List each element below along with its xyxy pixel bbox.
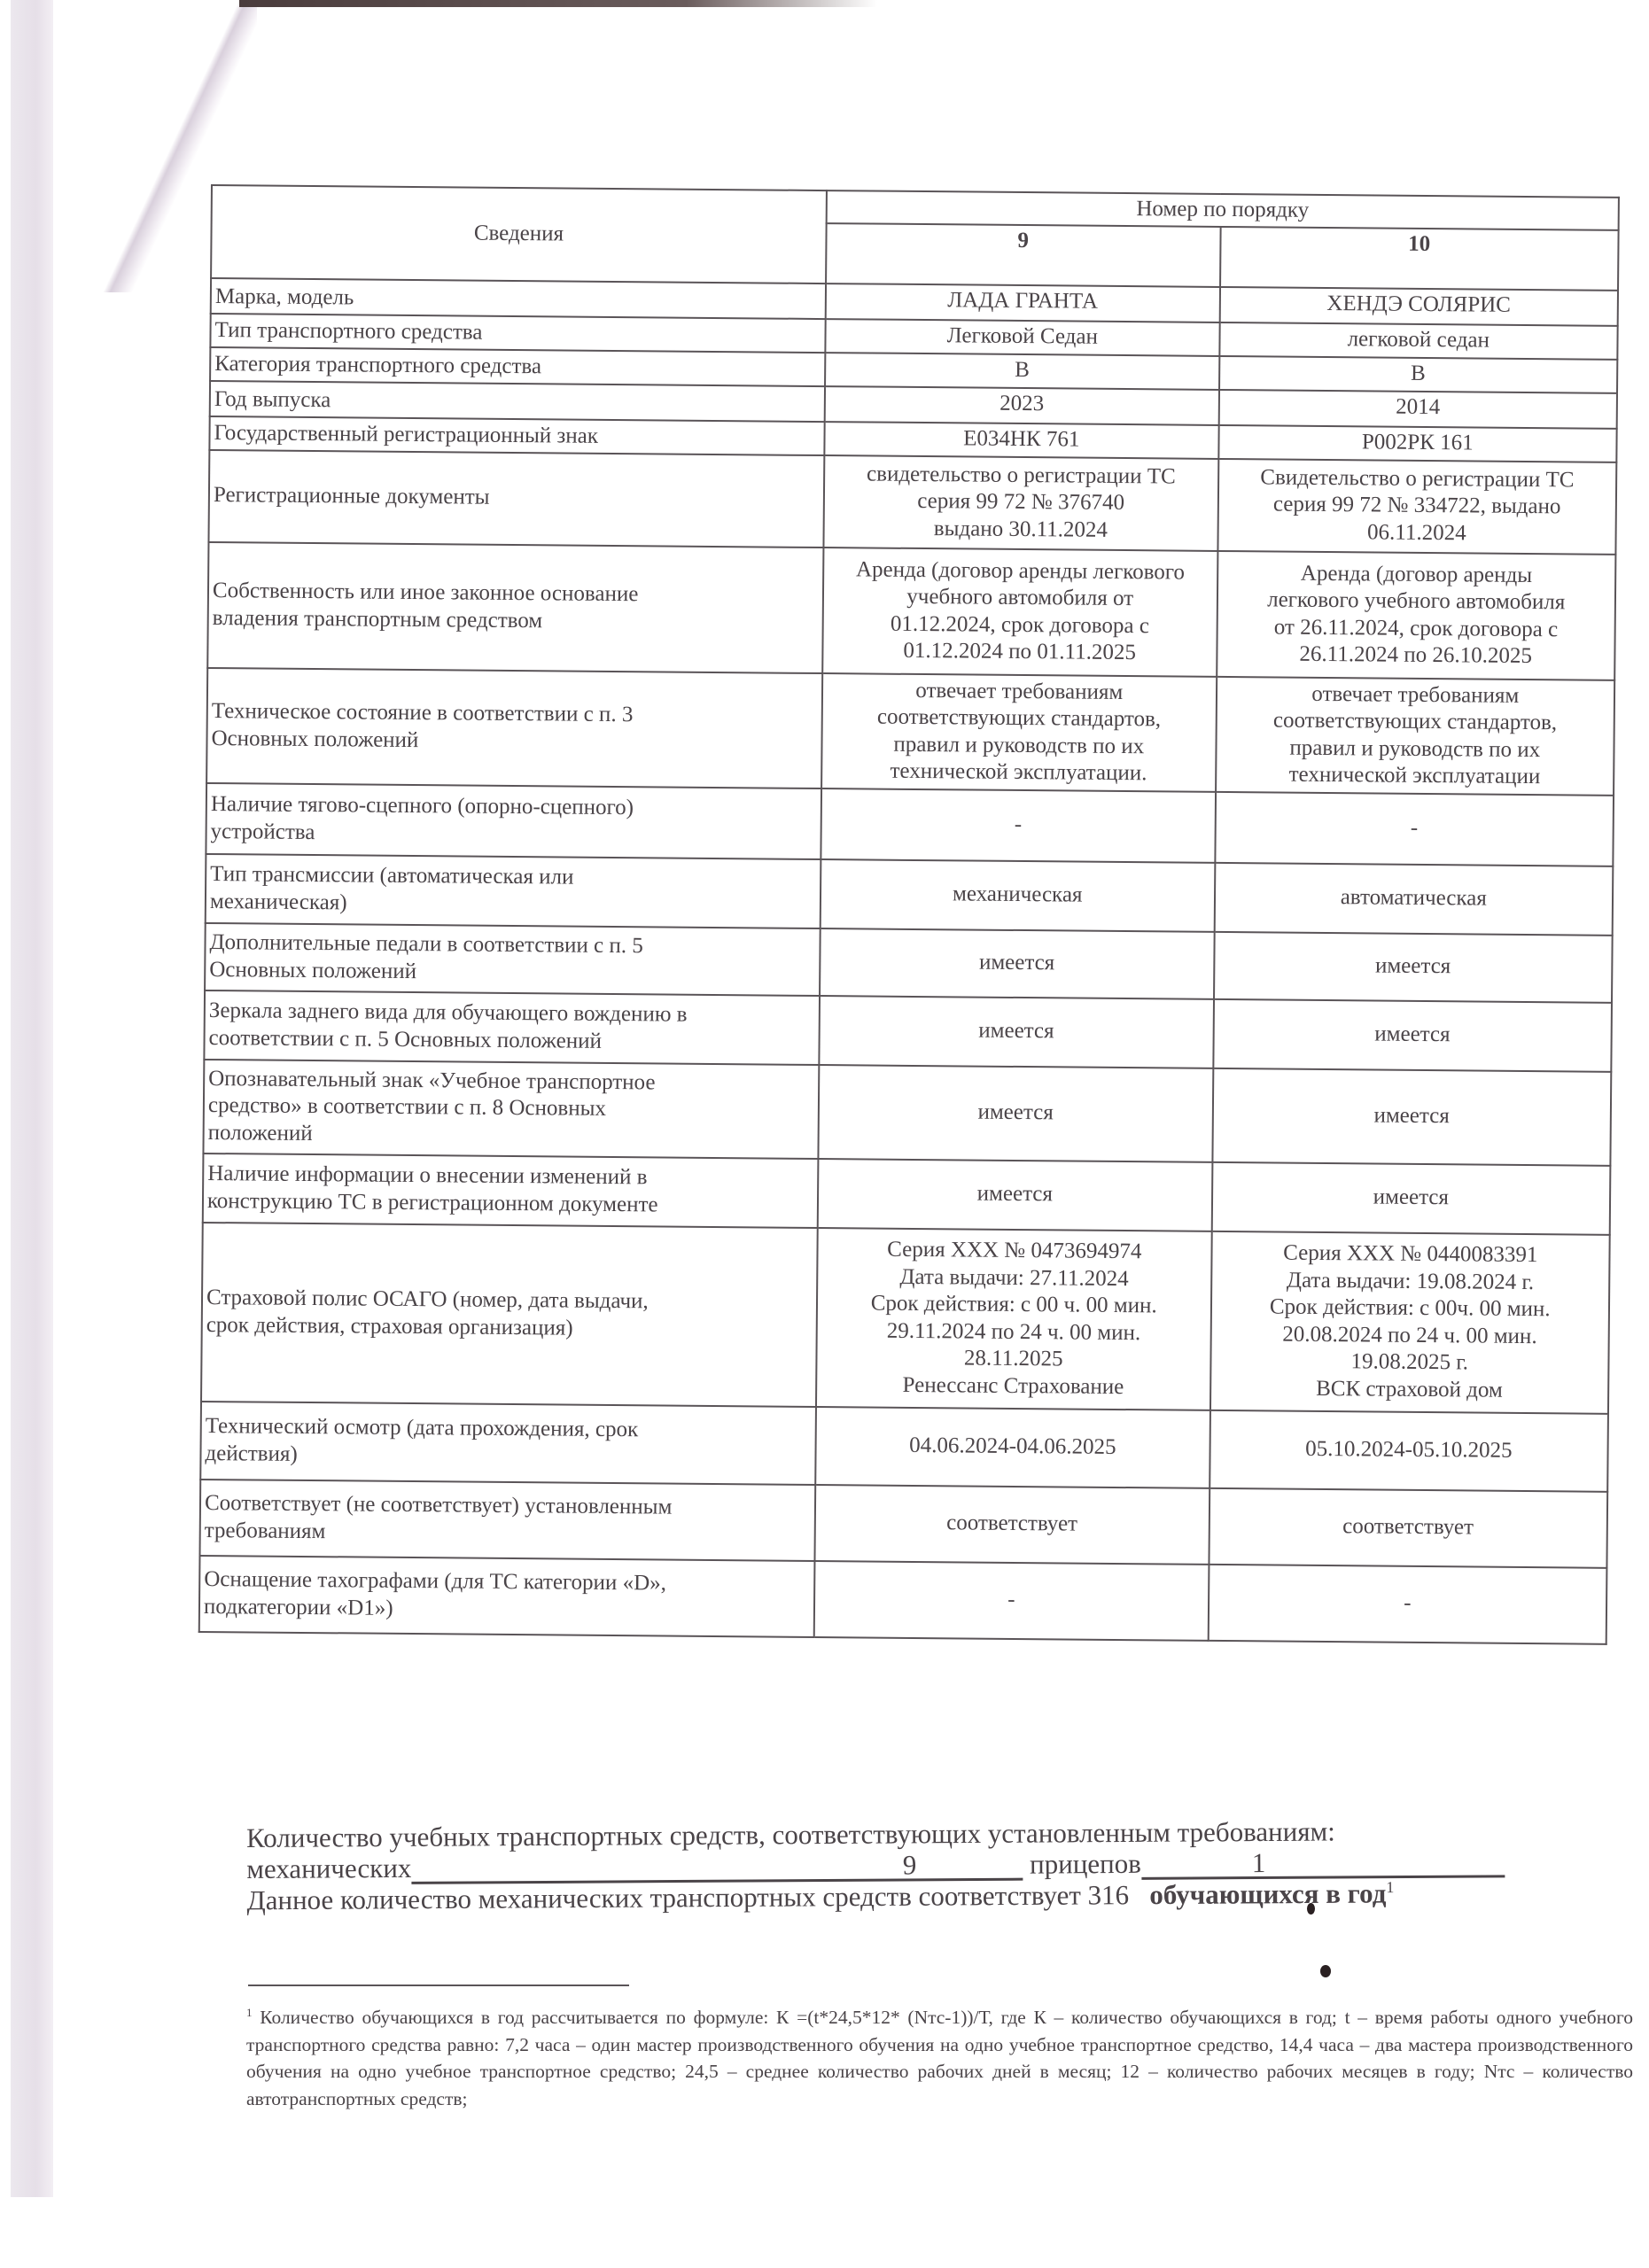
mech-count-field: 9 xyxy=(411,1850,1023,1884)
table-row: Тип трансмиссии (автоматическая или меха… xyxy=(206,853,1614,935)
row-label: Марка, модель xyxy=(211,278,826,319)
vehicle-9-value: Легковой Седан xyxy=(825,319,1219,356)
vehicle-9-value: механическая xyxy=(821,859,1215,932)
table-row: Дополнительные педали в соответствии с п… xyxy=(205,922,1613,1002)
row-label: Опознавательный знак «Учебное транспортн… xyxy=(203,1059,819,1158)
vehicle-10-value: В xyxy=(1219,355,1618,392)
vehicle-10-value: 05.10.2024-05.10.2025 xyxy=(1210,1410,1608,1491)
vehicle-10-value: имеется xyxy=(1213,998,1612,1071)
table-row: Страховой полис ОСАГО (номер, дата выдач… xyxy=(201,1222,1610,1413)
row-label: Дополнительные педали в соответствии с п… xyxy=(205,922,821,995)
vehicle-10-value: Р002РК 161 xyxy=(1218,424,1617,462)
vehicle-10-value: имеется xyxy=(1211,1161,1610,1234)
vehicle-9-value: 04.06.2024-04.06.2025 xyxy=(815,1407,1210,1488)
vehicle-10-value: автоматическая xyxy=(1214,862,1613,935)
row-label: Соответствует (не соответствует) установ… xyxy=(199,1479,815,1560)
ink-speck xyxy=(1307,1903,1315,1915)
vehicle-9-value: имеется xyxy=(819,996,1213,1068)
vehicle-9-value: - xyxy=(814,1561,1209,1641)
document-page: Сведения Номер по порядку 9 10 Марка, мо… xyxy=(198,184,1620,1644)
table-row: Собственность или иное законное основани… xyxy=(207,541,1615,680)
ink-speck xyxy=(1320,1965,1331,1977)
vehicle-10-value: легковой седан xyxy=(1219,322,1618,359)
trailers-count-field: 1 xyxy=(1141,1847,1505,1880)
students-prefix: Данное количество механических транспорт… xyxy=(246,1879,1129,1915)
footnote: 1 Количество обучающихся в год рассчитыв… xyxy=(246,2004,1633,2113)
footnote-mark: 1 xyxy=(246,2006,253,2019)
table-row: Техническое состояние в соответствии с п… xyxy=(206,667,1614,795)
footnote-text: Количество обучающихся в год рассчитывае… xyxy=(246,2007,1633,2109)
row-label: Оснащение тахографами (для ТС категории … xyxy=(199,1555,815,1636)
vehicle-10-value: - xyxy=(1215,791,1614,866)
vehicle-9-value: отвечает требованиям соответствующих ста… xyxy=(821,673,1217,792)
vehicle-10-value: 2014 xyxy=(1218,389,1617,428)
header-number-9: 9 xyxy=(826,223,1220,287)
footnote-divider xyxy=(248,1984,629,1986)
vehicle-10-value: имеется xyxy=(1214,931,1613,1002)
row-label: Категория транспортного средства xyxy=(210,347,825,386)
row-label: Регистрационные документы xyxy=(208,449,824,547)
vehicle-9-value: свидетельство о регистрации ТС серия 99 … xyxy=(823,455,1218,551)
vehicle-10-value: соответствует xyxy=(1209,1487,1607,1567)
vehicle-9-value: - xyxy=(821,788,1215,863)
row-label: Страховой полис ОСАГО (номер, дата выдач… xyxy=(201,1222,818,1406)
vehicle-9-value: соответствует xyxy=(814,1485,1209,1565)
scan-margin-blank xyxy=(11,2197,53,2268)
table-row: Технический осмотр (дата прохождения, ср… xyxy=(200,1401,1608,1491)
footnote-ref: 1 xyxy=(1386,1878,1394,1896)
scan-margin-strip xyxy=(11,0,53,2197)
vehicle-10-value: Серия ХХХ № 0440083391 Дата выдачи: 19.0… xyxy=(1210,1231,1610,1413)
header-number-10: 10 xyxy=(1220,226,1619,290)
row-label: Тип трансмиссии (автоматическая или меха… xyxy=(206,853,821,928)
vehicle-9-value: имеется xyxy=(818,1159,1212,1231)
row-label: Государственный регистрационный знак xyxy=(209,416,824,454)
vehicle-10-value: ХЕНДЭ СОЛЯРИС xyxy=(1219,286,1618,325)
table-row: Опознавательный знак «Учебное транспортн… xyxy=(203,1059,1611,1165)
table-row: Зеркала заднего вида для обучающего вожд… xyxy=(204,990,1612,1071)
table-row: Регистрационные документысвидетельство о… xyxy=(208,449,1616,554)
table-row: Оснащение тахографами (для ТС категории … xyxy=(199,1555,1607,1643)
vehicle-9-value: имеется xyxy=(820,928,1214,999)
vehicle-info-table: Сведения Номер по порядку 9 10 Марка, мо… xyxy=(198,184,1620,1644)
row-label: Зеркала заднего вида для обучающего вожд… xyxy=(204,990,820,1064)
row-label: Наличие тягово-сцепного (опорно-сцепного… xyxy=(206,782,821,858)
row-label: Тип транспортного средства xyxy=(210,314,825,353)
vehicle-9-value: Аренда (договор аренды легкового учебног… xyxy=(822,548,1217,677)
vehicle-9-value: Серия ХХХ № 0473694974 Дата выдачи: 27.1… xyxy=(816,1228,1211,1410)
vehicle-10-value: - xyxy=(1208,1564,1606,1643)
row-label: Собственность или иное законное основани… xyxy=(207,541,823,672)
vehicle-9-value: 2023 xyxy=(825,386,1219,425)
vehicle-10-value: Аренда (договор аренды легкового учебног… xyxy=(1217,550,1616,680)
vehicle-9-value: Е034НК 761 xyxy=(824,422,1218,459)
scan-top-shadow xyxy=(239,0,877,7)
vehicle-10-value: имеется xyxy=(1212,1068,1611,1165)
vehicle-10-value: отвечает требованиям соответствующих ста… xyxy=(1216,676,1615,795)
row-label: Технический осмотр (дата прохождения, ср… xyxy=(200,1401,816,1484)
table-row: Наличие информации о внесении изменений … xyxy=(203,1153,1611,1234)
mech-label: механических xyxy=(246,1852,411,1884)
table-row: Соответствует (не соответствует) установ… xyxy=(199,1479,1607,1567)
summary-line-3: Данное количество механических транспорт… xyxy=(246,1876,1646,1916)
table-row: Наличие тягово-сцепного (опорно-сцепного… xyxy=(206,782,1614,866)
vehicle-9-value: В xyxy=(825,353,1219,390)
row-label: Наличие информации о внесении изменений … xyxy=(203,1153,819,1227)
students-per-year-label: обучающихся в год xyxy=(1149,1877,1386,1910)
vehicle-9-value: ЛАДА ГРАНТА xyxy=(826,283,1220,322)
row-label: Техническое состояние в соответствии с п… xyxy=(206,667,822,788)
vehicle-9-value: имеется xyxy=(818,1065,1213,1162)
summary-block: Количество учебных транспортных средств,… xyxy=(246,1814,1647,1915)
vehicle-10-value: Свидетельство о регистрации ТС серия 99 … xyxy=(1217,458,1616,554)
row-label: Год выпуска xyxy=(210,381,825,422)
header-info-label: Сведения xyxy=(211,185,827,283)
trailers-label: прицепов xyxy=(1030,1848,1141,1880)
